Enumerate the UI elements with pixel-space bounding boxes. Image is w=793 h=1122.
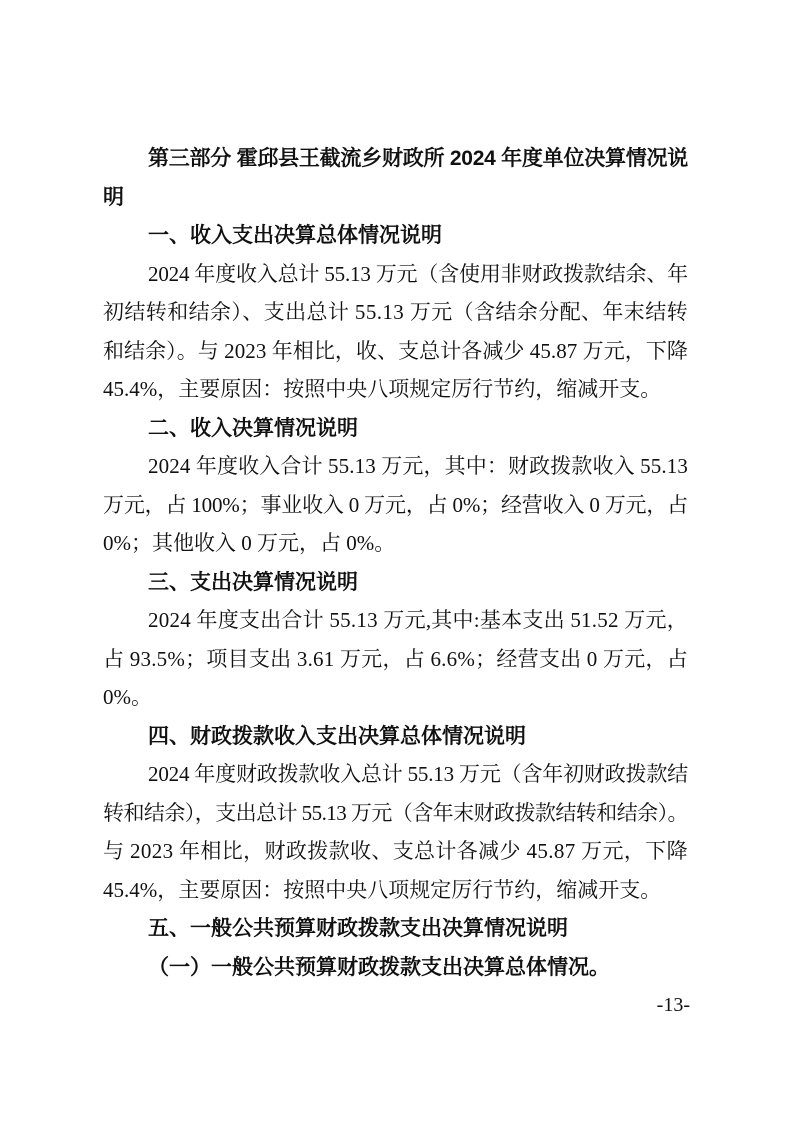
text-run: 与 2023 年相比，财政拨款收、支总计各减少 45.87 万元，下降 bbox=[103, 832, 688, 871]
text-run: 2024 年度收入合计 55.13 万元，其中：财政拨款收入 55.13 bbox=[148, 447, 688, 486]
text-run: 明 bbox=[103, 179, 124, 218]
text-run: 2024 年度财政拨款收入总计 55.13 万元（含年初财政拨款结 bbox=[148, 755, 688, 794]
text-run: 45.4%，主要原因：按照中央八项规定厉行节约，缩减开支。 bbox=[103, 370, 661, 409]
text-run: 三、支出决算情况说明 bbox=[148, 564, 358, 603]
part-three-title-line: 第三部分 霍邱县王截流乡财政所 2024 年度单位决算情况说 bbox=[103, 139, 688, 178]
page-number: -13- bbox=[657, 995, 690, 1015]
section-3-heading-line: 三、支出决算情况说明 bbox=[103, 563, 688, 602]
section-2-paragraph-line: 2024 年度收入合计 55.13 万元，其中：财政拨款收入 55.13 bbox=[103, 447, 688, 486]
section-2-paragraph-line: 万元，占 100%；事业收入 0 万元，占 0%；经营收入 0 万元，占 bbox=[103, 486, 688, 525]
section-4-heading-line: 四、财政拨款收入支出决算总体情况说明 bbox=[103, 717, 688, 756]
document-content: 第三部分 霍邱县王截流乡财政所 2024 年度单位决算情况说明一、收入支出决算总… bbox=[103, 139, 688, 986]
section-2-paragraph-line: 0%；其他收入 0 万元，占 0%。 bbox=[103, 524, 688, 563]
text-run: 2024 年度支出合计 55.13 万元,其中:基本支出 51.52 万元， bbox=[148, 601, 688, 640]
section-2-heading-line: 二、收入决算情况说明 bbox=[103, 409, 688, 448]
section-4-paragraph-line: 转和结余），支出总计 55.13 万元（含年末财政拨款结转和结余）。 bbox=[103, 794, 688, 833]
section-1-paragraph-line: 45.4%，主要原因：按照中央八项规定厉行节约，缩减开支。 bbox=[103, 370, 688, 409]
text-run: 第三部分 霍邱县王截流乡财政所 2024 年度单位决算情况说 bbox=[148, 140, 688, 179]
section-4-paragraph-line: 45.4%，主要原因：按照中央八项规定厉行节约，缩减开支。 bbox=[103, 871, 688, 910]
section-5-1-subheading-line: （一）一般公共预算财政拨款支出决算总体情况。 bbox=[103, 948, 688, 987]
text-run: 二、收入决算情况说明 bbox=[148, 410, 358, 449]
part-three-title-line: 明 bbox=[103, 178, 688, 217]
section-3-paragraph-line: 占 93.5%；项目支出 3.61 万元，占 6.6%；经营支出 0 万元，占 bbox=[103, 640, 688, 679]
section-4-paragraph-line: 2024 年度财政拨款收入总计 55.13 万元（含年初财政拨款结 bbox=[103, 755, 688, 794]
text-run: 四、财政拨款收入支出决算总体情况说明 bbox=[148, 718, 526, 757]
section-3-paragraph-line: 0%。 bbox=[103, 678, 688, 717]
text-run: 占 93.5%；项目支出 3.61 万元，占 6.6%；经营支出 0 万元，占 bbox=[103, 640, 688, 679]
text-run: 0%；其他收入 0 万元，占 0%。 bbox=[103, 524, 395, 563]
text-run: 和结余）。与 2023 年相比，收、支总计各减少 45.87 万元，下降 bbox=[103, 332, 688, 371]
section-5-heading-line: 五、一般公共预算财政拨款支出决算情况说明 bbox=[103, 909, 688, 948]
text-run: 0%。 bbox=[103, 678, 152, 717]
section-4-paragraph-line: 与 2023 年相比，财政拨款收、支总计各减少 45.87 万元，下降 bbox=[103, 832, 688, 871]
document-page: 第三部分 霍邱县王截流乡财政所 2024 年度单位决算情况说明一、收入支出决算总… bbox=[0, 0, 793, 1122]
text-run: （一）一般公共预算财政拨款支出决算总体情况。 bbox=[148, 949, 610, 988]
section-3-paragraph-line: 2024 年度支出合计 55.13 万元,其中:基本支出 51.52 万元， bbox=[103, 601, 688, 640]
section-1-heading-line: 一、收入支出决算总体情况说明 bbox=[103, 216, 688, 255]
section-1-paragraph-line: 初结转和结余）、支出总计 55.13 万元（含结余分配、年末结转 bbox=[103, 293, 688, 332]
text-run: 2024 年度收入总计 55.13 万元（含使用非财政拨款结余、年 bbox=[148, 255, 688, 294]
text-run: 45.4%，主要原因：按照中央八项规定厉行节约，缩减开支。 bbox=[103, 871, 661, 910]
section-1-paragraph-line: 2024 年度收入总计 55.13 万元（含使用非财政拨款结余、年 bbox=[103, 255, 688, 294]
text-run: 五、一般公共预算财政拨款支出决算情况说明 bbox=[148, 910, 568, 949]
section-1-paragraph-line: 和结余）。与 2023 年相比，收、支总计各减少 45.87 万元，下降 bbox=[103, 332, 688, 371]
text-run: 万元，占 100%；事业收入 0 万元，占 0%；经营收入 0 万元，占 bbox=[103, 486, 688, 525]
text-run: 转和结余），支出总计 55.13 万元（含年末财政拨款结转和结余）。 bbox=[103, 794, 688, 833]
text-run: 一、收入支出决算总体情况说明 bbox=[148, 217, 442, 256]
text-run: 初结转和结余）、支出总计 55.13 万元（含结余分配、年末结转 bbox=[103, 293, 688, 332]
